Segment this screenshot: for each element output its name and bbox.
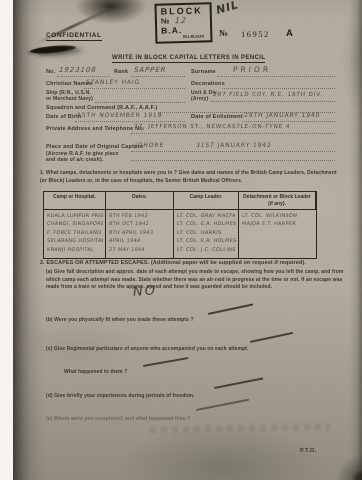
field-rule: [95, 101, 185, 103]
field-surname-label: Surname: [191, 69, 216, 76]
field-capture-date-value: 31ST JANUARY 1942: [196, 142, 272, 149]
table-column-camp: KUALA LUMPUR PRISON CHANGI, SINGAPORE F.…: [44, 210, 106, 258]
stamp-block-word: BLOCK: [161, 5, 206, 16]
table-header-camp-leader: Camp Leader.: [174, 192, 239, 210]
field-ship-label-line2: or Merchant Navy): [46, 96, 93, 102]
camp-leader-entry: LT. COL. E.R. HOLMES: [177, 220, 237, 228]
field-rule: [75, 120, 185, 122]
field-rule: [217, 75, 335, 77]
scanned-pow-questionnaire: CONFIDENTIAL M.I.9/JAP/ № 16952 A BLOCK …: [0, 0, 362, 480]
table-header-camp: Camp or Hospital.: [44, 192, 106, 210]
field-unit-label-line2: (Army): [191, 96, 208, 102]
dates-entry: APRIL 1944: [109, 237, 172, 245]
field-enlistment-value: 29TH JANUARY 1940: [244, 112, 321, 119]
table-column-camp-leader: LT. COL. GRAY MACFARLANE LT. COL. E.R. H…: [174, 210, 239, 258]
question-2-heading: 2. ESCAPES OR ATTEMPTED ESCAPES. (Additi…: [40, 259, 345, 267]
table-header-dates: Dates.: [106, 192, 174, 210]
field-capture-place-value: JOHORE: [135, 142, 165, 149]
field-rule: [84, 87, 185, 89]
field-enlistment-label: Date of Enlistment: [191, 114, 243, 121]
field-capture-label-line1: Place and Date of Original Capture: [46, 144, 143, 151]
block-capitals-instruction: WRITE IN BLOCK CAPITAL LETTERS IN PENCIL: [112, 55, 265, 63]
field-address-value: 77, JEFFERSON ST., NEWCASTLE-ON-TYNE 4: [134, 124, 291, 130]
camps-table: Camp or Hospital. Dates. Camp Leader. De…: [43, 191, 317, 259]
field-no-value: 1923108: [59, 66, 97, 74]
question-2c2-text: What happened to them ?: [64, 369, 127, 377]
camp-entry: F. FORCE THAILAND: [47, 229, 104, 237]
field-rule: [131, 75, 185, 77]
field-decorations-label: Decorations: [191, 81, 225, 88]
question-2c-text: (c) Give Regimental particulars of anyon…: [46, 346, 249, 354]
block-leader-entry: MAJOR E.T. HARPER: [242, 220, 315, 228]
field-rule: [131, 159, 335, 161]
field-address-label: Private Address and Telephone No.: [46, 126, 145, 133]
camp-entry: SELARANG HOSPITAL: [47, 237, 104, 245]
field-rule: [211, 100, 335, 102]
field-surname-value: PRIOR: [233, 65, 272, 74]
field-rule: [57, 75, 109, 77]
stamp-no-label: №: [161, 16, 170, 25]
field-christian-names-value: STANLEY HAIG: [86, 79, 141, 86]
question-2a-text: (a) Give full description and approx. da…: [46, 269, 346, 292]
dates-entry: 8TH OCT 1942: [109, 220, 172, 228]
stamp-block-number-value: 12: [175, 16, 188, 25]
camp-entry: CHANGI, SINGAPORE: [47, 220, 104, 228]
dates-entry: 27 MAY 1944: [109, 246, 172, 254]
field-squadron-label: Squadron and Command (R.A.F., A.A.F.): [46, 105, 157, 112]
confidential-marking: CONFIDENTIAL: [46, 32, 102, 41]
field-rule: [131, 150, 335, 152]
field-rank-value: SAPPER: [134, 66, 167, 74]
field-capture-label-line3: and date of a/c crash).: [46, 157, 103, 163]
dates-entry: 8TH APRIL 1943: [109, 229, 172, 237]
camp-leader-entry: LT. COL. HARRIS: [177, 229, 237, 237]
table-column-dates: 8TH FEB 1942 8TH OCT 1942 8TH APRIL 1943…: [106, 210, 174, 258]
camp-leader-entry: LT. COL. J.C. COLLINS: [177, 246, 237, 254]
question-2e-text: (e) Where were you recaptured, and what …: [46, 416, 190, 424]
field-rule: [222, 87, 335, 89]
question-2b-text: (b) Were you physically fit when you mad…: [46, 317, 194, 325]
question-2a-answer: NO: [133, 283, 158, 300]
field-rank-label: Rank: [114, 69, 128, 76]
stamp-ba: B.A.: [161, 24, 206, 35]
field-rule: [131, 132, 335, 134]
question-1-text: 1. What camps, detachments or hospitals …: [40, 170, 340, 185]
table-column-block-leader: LT. COL. WILKINSON MAJOR E.T. HARPER: [239, 210, 316, 258]
field-dob-value: 15TH NOVEMBER 1918: [77, 112, 163, 119]
field-rule: [242, 120, 335, 122]
pto-marking: P.T.O.: [300, 448, 316, 454]
field-unit-value: 287 FIELD COY. R.E. 18TH DIV.: [213, 92, 323, 98]
field-no-label: No.: [46, 69, 55, 76]
form-ref-letter: A: [286, 28, 293, 39]
block-number-stamp: BLOCK № 12 B.A.: [154, 2, 212, 43]
camp-leader-entry: LT. COL. E.R. HOLMES: [177, 237, 237, 245]
form-ref-number: 16952: [241, 29, 270, 39]
table-header-block-leader: Detachment or Block Leader (if any).: [239, 192, 316, 210]
question-2d-text: (d) Give briefly your experiences during…: [46, 393, 195, 401]
form-ref-no-symbol: №: [219, 28, 228, 38]
camp-entry: KRANJI HOSPITAL: [47, 246, 104, 254]
